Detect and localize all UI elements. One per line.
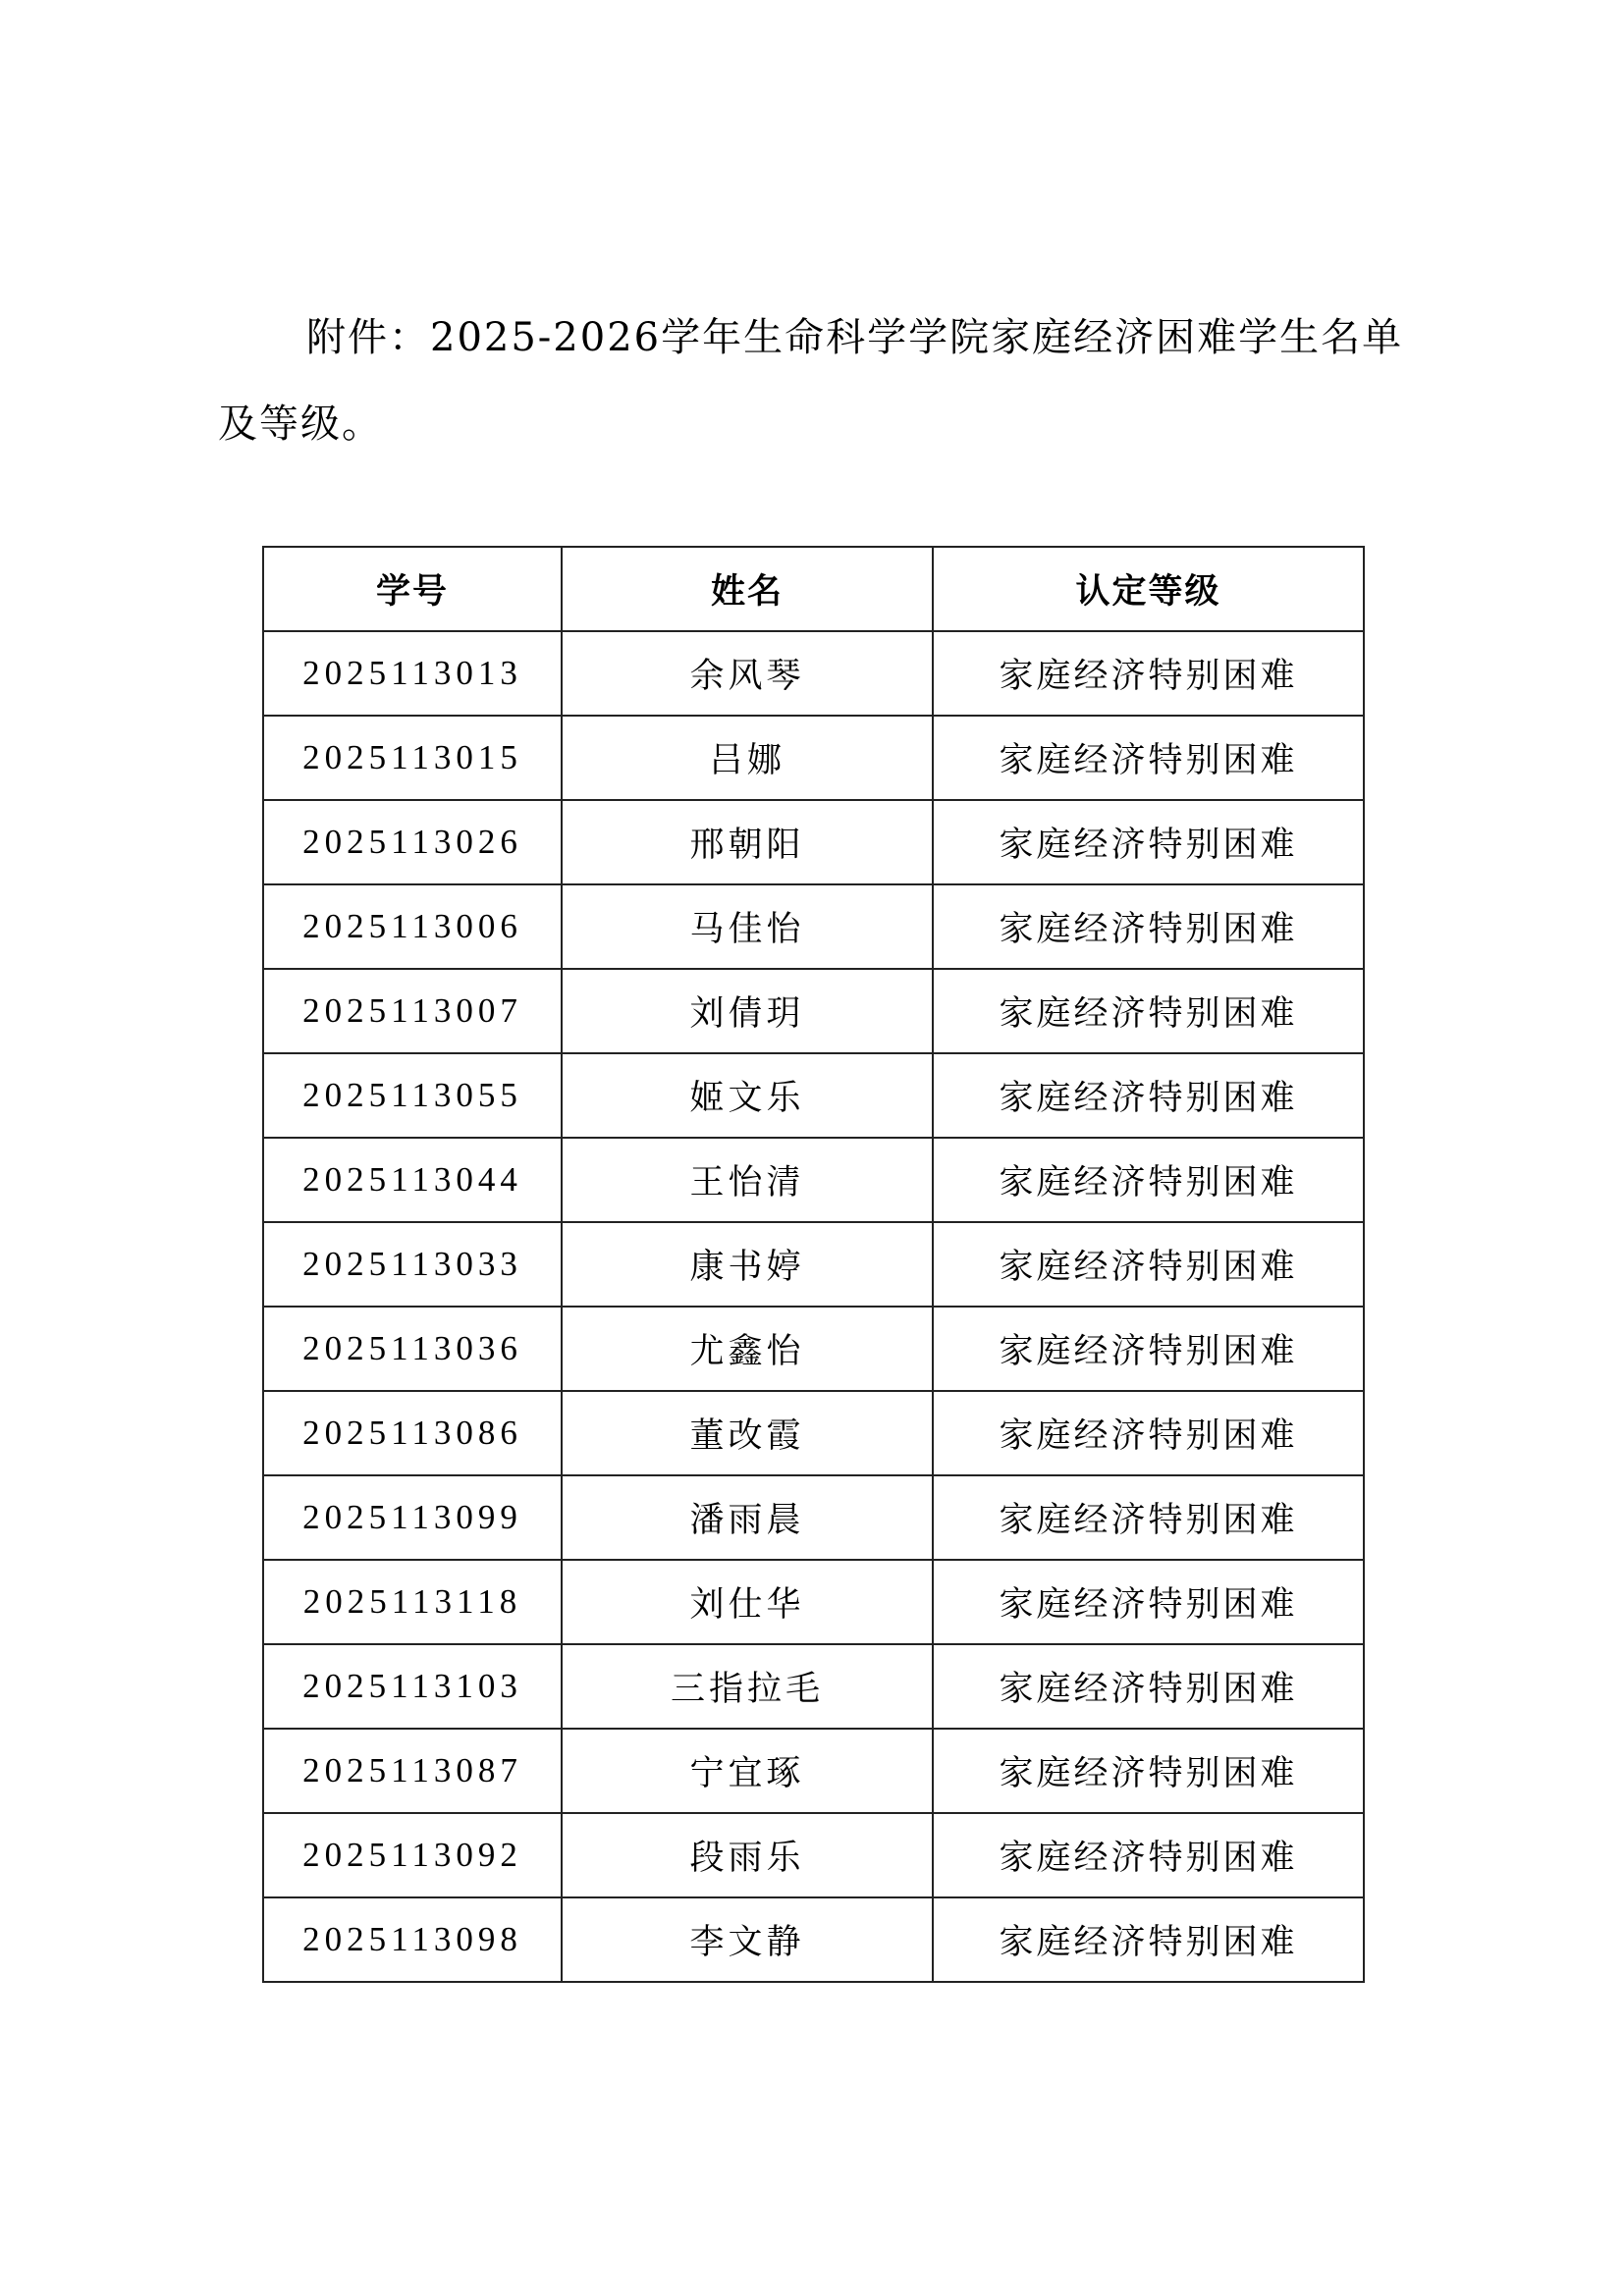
attachment-title: 附件：2025-2026学年生命科学学院家庭经济困难学生名单及等级。: [218, 294, 1435, 467]
level-cell: 家庭经济特别困难: [933, 800, 1364, 884]
level-cell: 家庭经济特别困难: [933, 1138, 1364, 1222]
table-row: 2025113007 刘倩玥 家庭经济特别困难: [263, 969, 1364, 1053]
table-row: 2025113087 宁宜琢 家庭经济特别困难: [263, 1729, 1364, 1813]
student-id-cell: 2025113103: [263, 1644, 562, 1729]
table-row: 2025113033 康书婷 家庭经济特别困难: [263, 1222, 1364, 1307]
student-name-cell: 刘仕华: [562, 1560, 933, 1644]
student-id-cell: 2025113044: [263, 1138, 562, 1222]
header-student-id: 学号: [263, 547, 562, 631]
header-level: 认定等级: [933, 547, 1364, 631]
student-id-cell: 2025113026: [263, 800, 562, 884]
table-row: 2025113118 刘仕华 家庭经济特别困难: [263, 1560, 1364, 1644]
student-id-cell: 2025113086: [263, 1391, 562, 1475]
table-header-row: 学号 姓名 认定等级: [263, 547, 1364, 631]
level-cell: 家庭经济特别困难: [933, 1644, 1364, 1729]
level-cell: 家庭经济特别困难: [933, 1475, 1364, 1560]
table-row: 2025113092 段雨乐 家庭经济特别困难: [263, 1813, 1364, 1897]
student-id-cell: 2025113006: [263, 884, 562, 969]
table-row: 2025113099 潘雨晨 家庭经济特别困难: [263, 1475, 1364, 1560]
student-name-cell: 吕娜: [562, 716, 933, 800]
student-name-cell: 马佳怡: [562, 884, 933, 969]
level-cell: 家庭经济特别困难: [933, 1391, 1364, 1475]
table-row: 2025113055 姬文乐 家庭经济特别困难: [263, 1053, 1364, 1138]
student-id-cell: 2025113013: [263, 631, 562, 716]
student-id-cell: 2025113087: [263, 1729, 562, 1813]
student-name-cell: 段雨乐: [562, 1813, 933, 1897]
student-id-cell: 2025113033: [263, 1222, 562, 1307]
level-cell: 家庭经济特别困难: [933, 1813, 1364, 1897]
header-name: 姓名: [562, 547, 933, 631]
level-cell: 家庭经济特别困难: [933, 1307, 1364, 1391]
student-name-cell: 宁宜琢: [562, 1729, 933, 1813]
table-row: 2025113103 三指拉毛 家庭经济特别困难: [263, 1644, 1364, 1729]
student-name-cell: 董改霞: [562, 1391, 933, 1475]
student-name-cell: 余风琴: [562, 631, 933, 716]
student-roster-table: 学号 姓名 认定等级 2025113013 余风琴 家庭经济特别困难 20251…: [262, 546, 1365, 1983]
table-row: 2025113098 李文静 家庭经济特别困难: [263, 1897, 1364, 1982]
student-name-cell: 三指拉毛: [562, 1644, 933, 1729]
level-cell: 家庭经济特别困难: [933, 1560, 1364, 1644]
table-row: 2025113086 董改霞 家庭经济特别困难: [263, 1391, 1364, 1475]
level-cell: 家庭经济特别困难: [933, 969, 1364, 1053]
table-row: 2025113013 余风琴 家庭经济特别困难: [263, 631, 1364, 716]
student-id-cell: 2025113098: [263, 1897, 562, 1982]
student-id-cell: 2025113036: [263, 1307, 562, 1391]
level-cell: 家庭经济特别困难: [933, 884, 1364, 969]
student-id-cell: 2025113092: [263, 1813, 562, 1897]
table-row: 2025113036 尤鑫怡 家庭经济特别困难: [263, 1307, 1364, 1391]
student-id-cell: 2025113099: [263, 1475, 562, 1560]
level-cell: 家庭经济特别困难: [933, 631, 1364, 716]
student-id-cell: 2025113007: [263, 969, 562, 1053]
table-row: 2025113015 吕娜 家庭经济特别困难: [263, 716, 1364, 800]
student-name-cell: 李文静: [562, 1897, 933, 1982]
level-cell: 家庭经济特别困难: [933, 1222, 1364, 1307]
level-cell: 家庭经济特别困难: [933, 1897, 1364, 1982]
level-cell: 家庭经济特别困难: [933, 1729, 1364, 1813]
table-row: 2025113006 马佳怡 家庭经济特别困难: [263, 884, 1364, 969]
student-id-cell: 2025113118: [263, 1560, 562, 1644]
student-id-cell: 2025113015: [263, 716, 562, 800]
student-id-cell: 2025113055: [263, 1053, 562, 1138]
student-name-cell: 尤鑫怡: [562, 1307, 933, 1391]
table-row: 2025113026 邢朝阳 家庭经济特别困难: [263, 800, 1364, 884]
student-name-cell: 潘雨晨: [562, 1475, 933, 1560]
student-name-cell: 刘倩玥: [562, 969, 933, 1053]
student-name-cell: 康书婷: [562, 1222, 933, 1307]
student-name-cell: 姬文乐: [562, 1053, 933, 1138]
student-name-cell: 王怡清: [562, 1138, 933, 1222]
table-row: 2025113044 王怡清 家庭经济特别困难: [263, 1138, 1364, 1222]
level-cell: 家庭经济特别困难: [933, 716, 1364, 800]
student-name-cell: 邢朝阳: [562, 800, 933, 884]
level-cell: 家庭经济特别困难: [933, 1053, 1364, 1138]
